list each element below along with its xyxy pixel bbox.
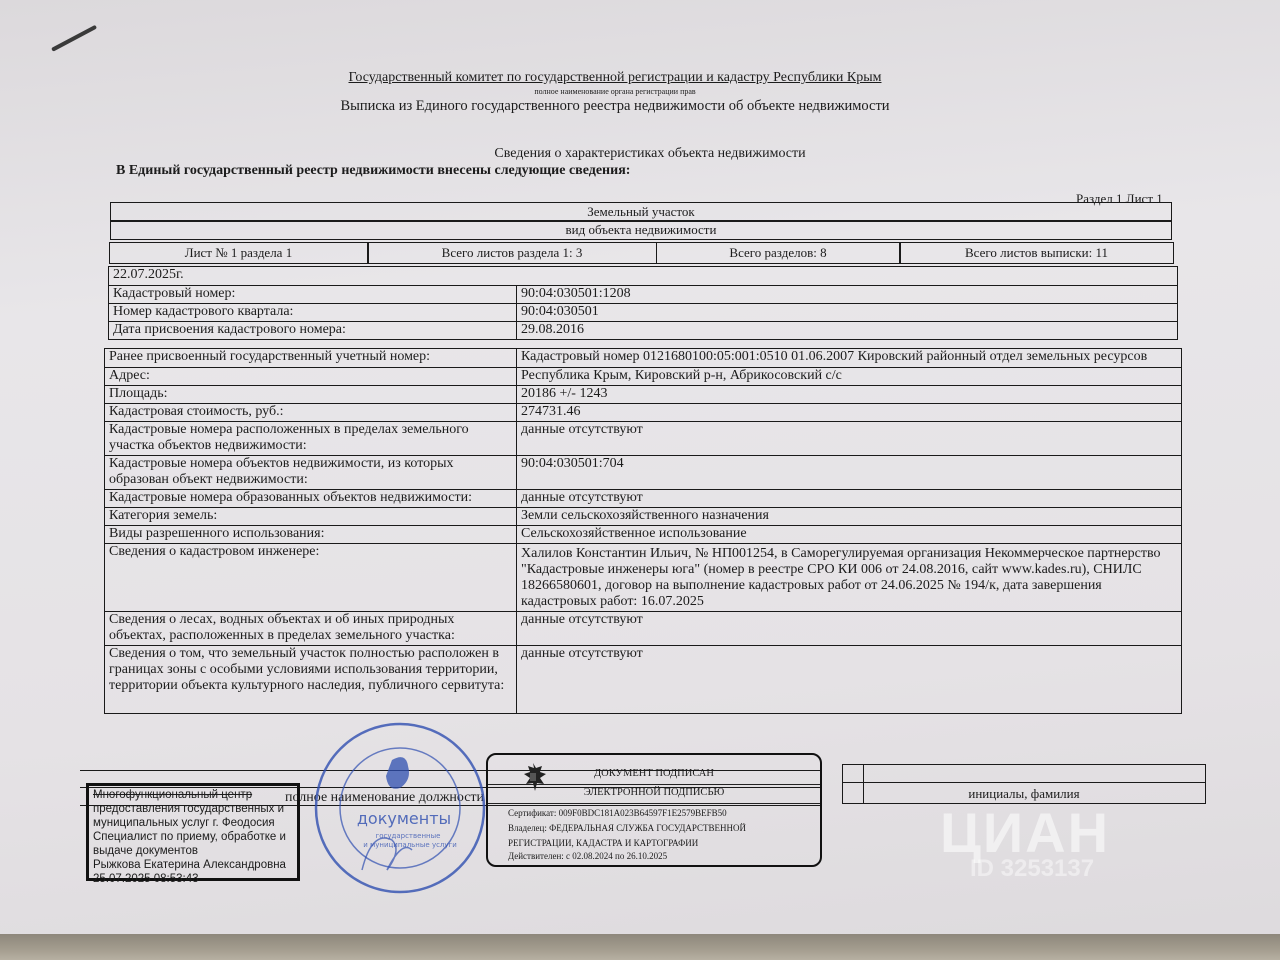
certificate-owner-cont: РЕГИСТРАЦИИ, КАДАСТРА И КАРТОГРАФИИ [508,837,746,850]
row-value: Республика Крым, Кировский р-н, Абрикосо… [517,368,1181,385]
table-row: Виды разрешенного использования: Сельско… [105,525,1181,543]
table-row: Дата присвоения кадастрового номера: 29.… [109,321,1177,339]
specialist-name: Рыжкова Екатерина Александровна [93,858,293,872]
certificate-number: Сертификат: 009F0BDC181A023B64597F1E2579… [508,807,746,820]
table-row: Адрес: Республика Крым, Кировский р-н, А… [105,367,1181,385]
extract-title: Выписка из Единого государственного реес… [290,98,940,115]
row-value: данные отсутствуют [517,422,1181,455]
row-value: 29.08.2016 [517,322,1177,339]
row-label: Кадастровые номера образованных объектов… [105,490,517,507]
table-row: Ранее присвоенный государственный учетны… [105,349,1181,367]
esign-title: ДОКУМЕНТ ПОДПИСАН [488,767,820,780]
row-label: Площадь: [105,386,517,403]
svg-text:документы: документы [357,809,451,828]
table-row: Кадастровые номера объектов недвижимости… [105,455,1181,489]
date-row: 22.07.2025г. [109,267,1177,285]
row-label: Кадастровый номер: [109,286,517,303]
row-label: Кадастровые номера расположенных в преде… [105,422,517,455]
row-label: Сведения о лесах, водных объектах и об и… [105,612,517,645]
row-value: 274731.46 [517,404,1181,421]
row-value: 90:04:030501:1208 [517,286,1177,303]
mfc-line: Многофункциональный центр [93,788,293,802]
group-2-table: Ранее присвоенный государственный учетны… [104,348,1182,714]
row-label: Ранее присвоенный государственный учетны… [105,349,517,367]
organization-caption: полное наименование органа регистрации п… [300,87,930,96]
row-label: Адрес: [105,368,517,385]
certificate-owner: Владелец: ФЕДЕРАЛЬНАЯ СЛУЖБА ГОСУДАРСТВЕ… [508,822,746,835]
group-1-table: 22.07.2025г. Кадастровый номер: 90:04:03… [108,266,1178,340]
organization-name: Государственный комитет по государственн… [300,70,930,86]
mfc-line: выдаче документов [93,844,293,858]
mfc-line: Специалист по приему, обработке и [93,830,293,844]
table-row: Категория земель: Земли сельскохозяйстве… [105,507,1181,525]
table-row: Номер кадастрового квартала: 90:04:03050… [109,303,1177,321]
table-row: Сведения о лесах, водных объектах и об и… [105,611,1181,645]
row-value: 90:04:030501:704 [517,456,1181,489]
sheet-info-row: Лист № 1 раздела 1 Всего листов раздела … [110,242,1176,264]
esign-divider [488,803,820,804]
section-title: Сведения о характеристиках объекта недви… [280,146,1020,162]
electronic-signature-box: ДОКУМЕНТ ПОДПИСАН ЭЛЕКТРОННОЙ ПОДПИСЬЮ С… [486,753,822,867]
object-type: Земельный участок [110,202,1172,222]
mfc-line: муниципальных услуг г. Феодосия [93,816,293,830]
esign-details: Сертификат: 009F0BDC181A023B64597F1E2579… [508,807,746,863]
row-value: 90:04:030501 [517,304,1177,321]
mfc-logo-icon [386,757,409,789]
sheet-info-cell: Всего листов раздела 1: 3 [367,242,657,264]
table-row: Кадастровые номера расположенных в преде… [105,421,1181,455]
table-row: Сведения о том, что земельный участок по… [105,645,1181,713]
signed-datetime: 25.07.2025 08:53:43 [93,872,293,886]
svg-text:государственные: государственные [376,832,441,840]
row-value: Халилов Константин Ильич, № НП001254, в … [517,544,1181,611]
row-label: Номер кадастрового квартала: [109,304,517,321]
object-type-value: Земельный участок [587,204,695,220]
intro-text: В Единый государственный реестр недвижим… [116,163,630,179]
row-label: Сведения о кадастровом инженере: [105,544,517,611]
cian-watermark-id: ID 3253137 [970,855,1094,883]
table-row: Кадастровые номера образованных объектов… [105,489,1181,507]
row-value: 20186 +/- 1243 [517,386,1181,403]
sheet-info-cell: Лист № 1 раздела 1 [109,242,369,264]
row-label: Категория земель: [105,508,517,525]
row-value: Кадастровый номер 0121680100:05:001:0510… [517,349,1181,367]
row-label: Сведения о том, что земельный участок по… [105,646,517,713]
object-type-caption: вид объекта недвижимости [110,220,1172,240]
initials-box: инициалы, фамилия [842,764,1206,804]
extract-date: 22.07.2025г. [109,267,1177,285]
mfc-signature-box: Многофункциональный центр предоставления… [86,783,300,881]
row-value: данные отсутствуют [517,646,1181,713]
row-value: данные отсутствуют [517,490,1181,507]
row-label: Дата присвоения кадастрового номера: [109,322,517,339]
table-row: Площадь: 20186 +/- 1243 [105,385,1181,403]
object-type-caption-text: вид объекта недвижимости [566,222,717,238]
mfc-line: предоставления государственных и [93,802,293,816]
table-surface [0,934,1280,960]
sheet-info-cell: Всего листов выписки: 11 [899,242,1174,264]
initials-divider [843,782,1205,783]
row-value: Сельскохозяйственное использование [517,526,1181,543]
table-row: Кадастровая стоимость, руб.: 274731.46 [105,403,1181,421]
esign-divider [488,784,820,785]
row-label: Виды разрешенного использования: [105,526,517,543]
mfc-seal-stamp: документы государственные и муниципальны… [312,720,488,896]
row-label: Кадастровые номера объектов недвижимости… [105,456,517,489]
esign-subtitle: ЭЛЕКТРОННОЙ ПОДПИСЬЮ [488,786,820,799]
certificate-validity: Действителен: с 02.08.2024 по 26.10.2025 [508,850,746,863]
row-value: Земли сельскохозяйственного назначения [517,508,1181,525]
table-row: Кадастровый номер: 90:04:030501:1208 [109,285,1177,303]
row-value: данные отсутствуют [517,612,1181,645]
row-label: Кадастровая стоимость, руб.: [105,404,517,421]
sheet-info-cell: Всего разделов: 8 [656,242,901,264]
table-row: Сведения о кадастровом инженере: Халилов… [105,543,1181,611]
